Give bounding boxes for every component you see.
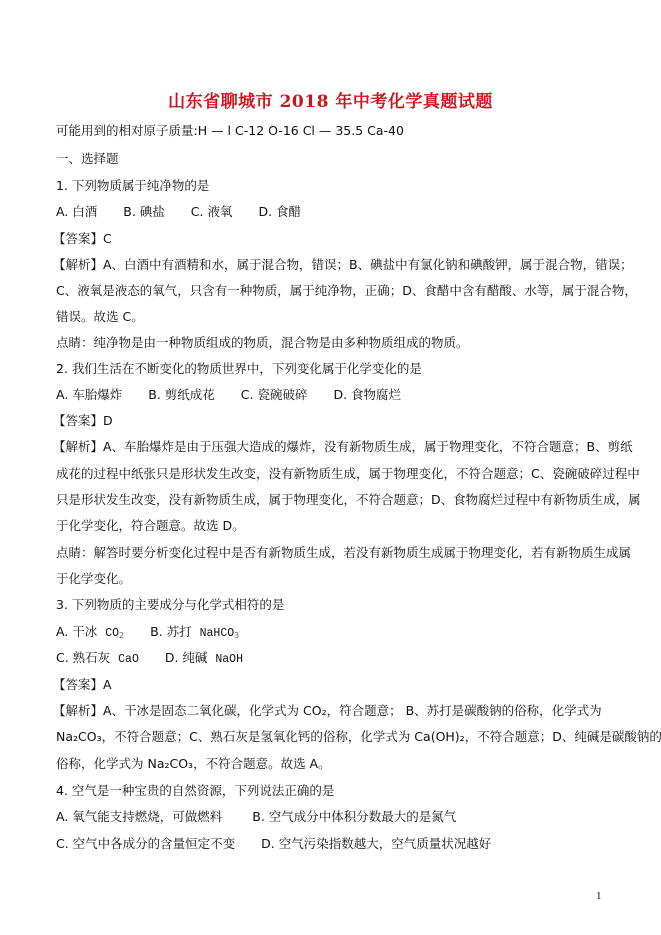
option-a: A. 车胎爆炸: [56, 387, 122, 403]
question-1-options: A. 白酒 B. 碘盐 C. 液氧 D. 食醋: [56, 204, 323, 220]
question-4-options-row-1: A. 氧气能支持燃烧，可做燃料 B. 空气成分中体积分数最大的是氮气: [56, 809, 478, 825]
option-d: D. 空气污染指数越大，空气质量状况越好: [261, 836, 491, 852]
option-a: A. 氧气能支持燃烧，可做燃料: [56, 809, 222, 825]
option-a: A. 白酒: [56, 204, 97, 220]
analysis-2-line-2: 成花的过程中纸张只是形状发生改变，没有新物质生成，属于物理变化，不符合题意；C、…: [56, 466, 640, 482]
option-b: B. 剪纸成花: [148, 387, 215, 403]
option-a-subscript: 2: [119, 631, 124, 640]
question-3-options-row-1: A. 干冰 CO2 B. 苏打 NaHCO3: [56, 624, 261, 644]
option-c: C. 液氧: [191, 204, 233, 220]
option-d: D. 食醋: [258, 204, 301, 220]
tip-2-line-1: 点睛：解答时要分析变化过程中是否有新物质生成，若没有新物质生成属于物理变化，若有…: [56, 545, 631, 561]
question-3: 3. 下列物质的主要成分与化学式相符的是: [56, 597, 284, 613]
option-a-formula: CO: [105, 627, 119, 640]
option-b-formula: NaHCO: [200, 627, 235, 640]
option-d-label: D. 纯碱: [165, 650, 208, 665]
option-c: C. 瓷碗破碎: [241, 387, 308, 403]
question-4-options-row-2: C. 空气中各成分的含量恒定不变 D. 空气污染指数越大，空气质量状况越好: [56, 836, 513, 852]
option-b-subscript: 3: [234, 631, 239, 640]
option-b: B. 碘盐: [123, 204, 165, 220]
analysis-3-line-2: Na₂CO₃，不符合题意；C、熟石灰是氢氧化钙的俗称，化学式为 Ca(OH)₂，…: [56, 729, 661, 745]
option-d: D. 纯碱 NaOH: [165, 650, 243, 668]
answer-3: 【答案】A: [53, 677, 112, 693]
analysis-3-line-1: 【解析】A、干冰是固态二氧化碳，化学式为 CO₂，符合题意； B、苏打是碳酸钠的…: [53, 703, 602, 719]
section-heading: 一、选择题: [56, 151, 119, 167]
answer-2: 【答案】D: [53, 413, 113, 429]
option-c: C. 熟石灰 CaO: [56, 650, 139, 668]
option-b: B. 苏打 NaHCO3: [150, 624, 239, 644]
document-title: 山东省聊城市 2018 年中考化学真题试题: [0, 87, 661, 112]
question-2-options: A. 车胎爆炸 B. 剪纸成花 C. 瓷碗破碎 D. 食物腐烂: [56, 387, 423, 403]
analysis-1-line-1: 【解析】A、白酒中有酒精和水，属于混合物，错误；B、碘盐中有氯化钠和碘酸钾，属于…: [53, 257, 633, 273]
option-b: B. 空气成分中体积分数最大的是氮气: [252, 809, 456, 825]
option-a: A. 干冰 CO2: [56, 624, 124, 644]
analysis-1-line-2: C、液氧是液态的氧气，只含有一种物质，属于纯净物，正确；D、食醋中含有醋酸、水等…: [56, 283, 637, 299]
option-c-formula: CaO: [118, 653, 139, 666]
option-d-formula: NaOH: [215, 653, 243, 666]
tip-1: 点睛：纯净物是由一种物质组成的物质，混合物是由多种物质组成的物质。: [56, 335, 469, 351]
analysis-1-line-3: 错误。故选 C。: [56, 309, 144, 325]
analysis-3-line-3: 俗称，化学式为 Na₂CO₃，不符合题意。故选 A。: [56, 756, 331, 772]
analysis-2-line-1: 【解析】A、车胎爆炸是由于压强大造成的爆炸，没有新物质生成，属于物理变化，不符合…: [53, 439, 633, 455]
atomic-masses: 可能用到的相对原子质量:H — l C-12 O-16 Cl — 35.5 Ca…: [56, 123, 404, 139]
option-a-label: A. 干冰: [56, 624, 97, 639]
option-c-label: C. 熟石灰: [56, 650, 110, 665]
answer-1: 【答案】C: [53, 231, 112, 247]
analysis-2-line-3: 只是形状发生改变，没有新物质生成，属于物理变化，不符合题意；D、食物腐烂过程中有…: [56, 492, 641, 508]
analysis-2-line-4: 于化学变化，符合题意。故选 D。: [56, 518, 245, 534]
tip-2-line-2: 于化学变化。: [56, 571, 131, 587]
question-2: 2. 我们生活在不断变化的物质世界中，下列变化属于化学变化的是: [56, 361, 422, 377]
option-b-label: B. 苏打: [150, 624, 192, 639]
question-4: 4. 空气是一种宝贵的自然资源，下列说法正确的是: [56, 783, 334, 799]
question-3-options-row-2: C. 熟石灰 CaO D. 纯碱 NaOH: [56, 650, 265, 668]
page-number: 1: [596, 890, 602, 902]
option-c: C. 空气中各成分的含量恒定不变: [56, 836, 235, 852]
question-1: 1. 下列物质属于纯净物的是: [56, 178, 209, 194]
option-d: D. 食物腐烂: [333, 387, 401, 403]
